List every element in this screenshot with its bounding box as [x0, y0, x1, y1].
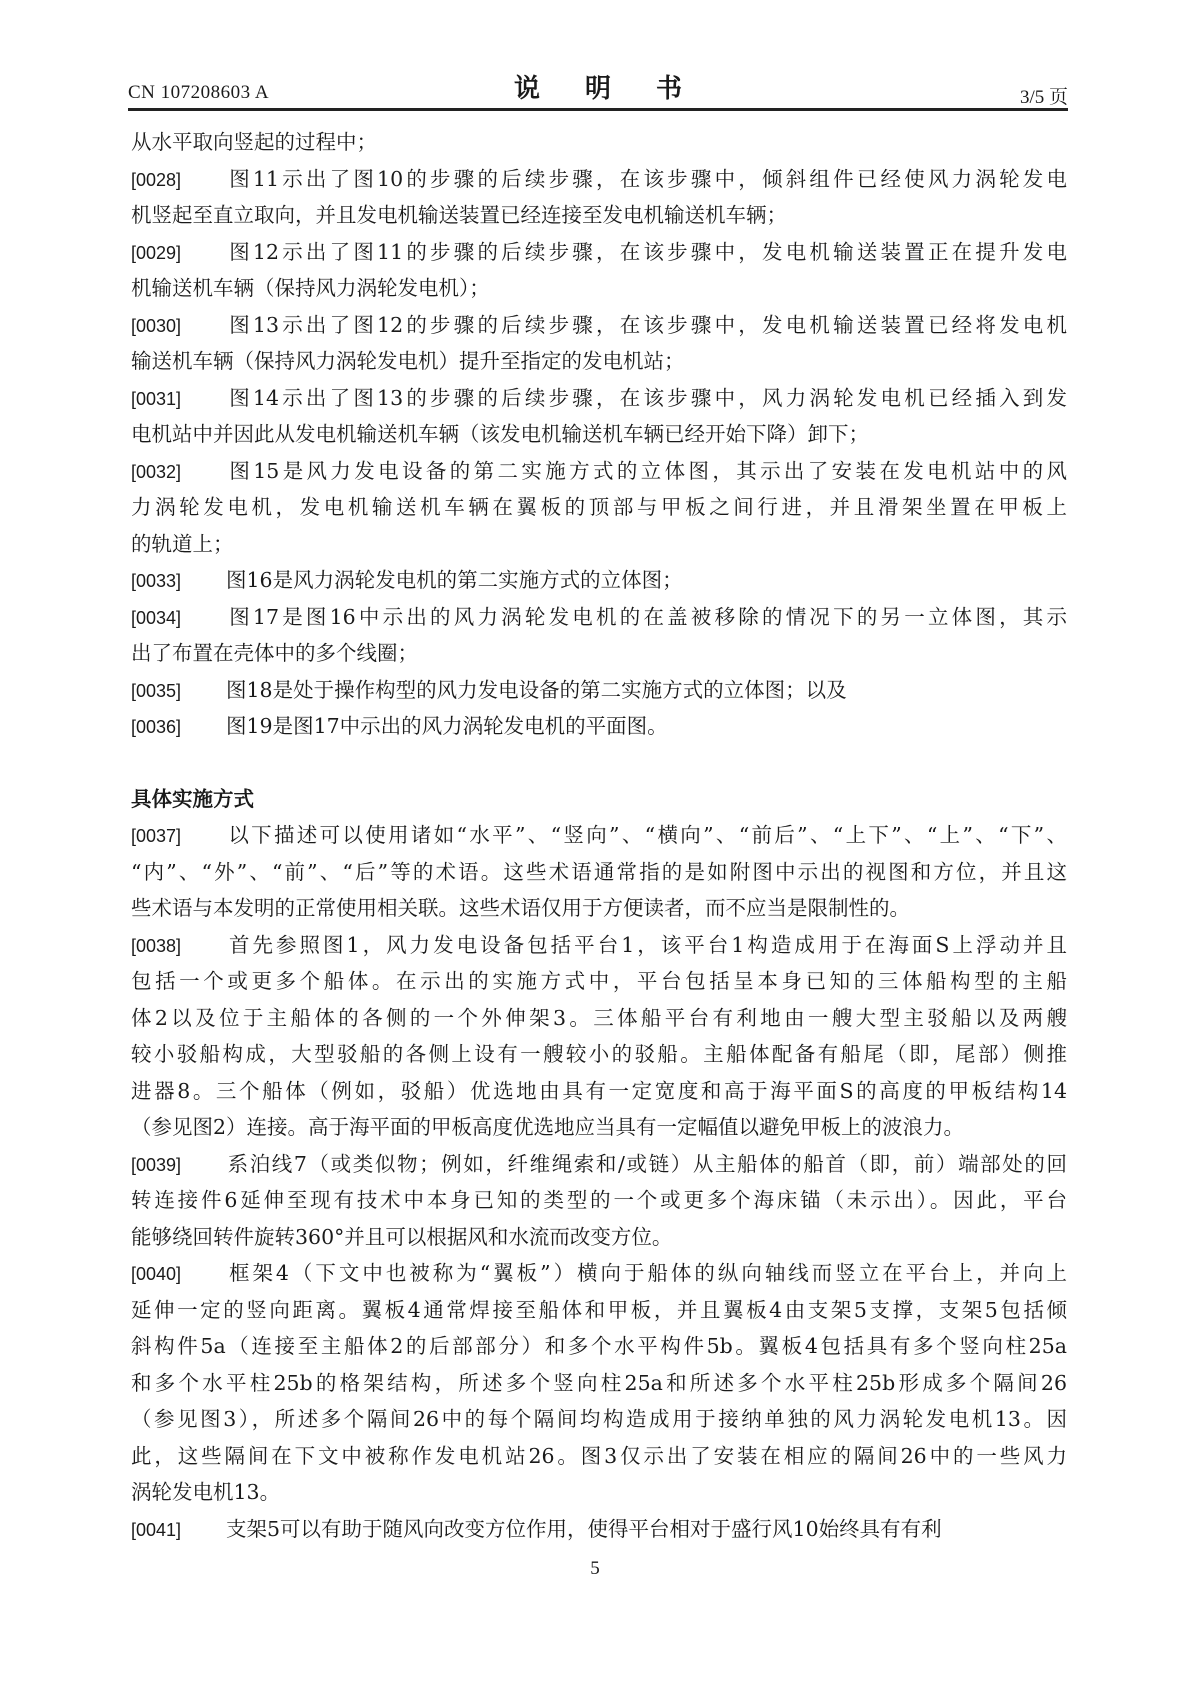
paragraph: [0029]图12示出了图11的步骤的后续步骤，在该步骤中，发电机输送装置正在提… — [131, 234, 1067, 307]
paragraph-text: 图17是图16中示出的风力涡轮发电机的在盖被移除的情况下的另一立体图，其示 — [226, 605, 1067, 629]
paragraph-text: （参见图3），所述多个隔间26中的每个隔间均构造成用于接纳单独的风力涡轮发电机1… — [131, 1407, 1067, 1431]
paragraph-line: 出了布置在壳体中的多个线圈； — [131, 635, 1067, 672]
paragraph-line: 斜构件5a（连接至主船体2的后部部分）和多个水平构件5b。翼板4包括具有多个竖向… — [131, 1328, 1067, 1365]
paragraph-line: 输送机车辆（保持风力涡轮发电机）提升至指定的发电机站； — [131, 343, 1067, 380]
paragraph-line: [0034]图17是图16中示出的风力涡轮发电机的在盖被移除的情况下的另一立体图… — [131, 599, 1067, 636]
paragraph-number: [0039] — [131, 1147, 226, 1184]
header-rule — [128, 108, 1068, 111]
paragraph-text: 图12示出了图11的步骤的后续步骤，在该步骤中，发电机输送装置正在提升发电 — [226, 240, 1067, 264]
paragraph: [0037]以下描述可以使用诸如“水平”、“竖向”、“横向”、“前后”、“上下”… — [131, 817, 1067, 927]
paragraph-text: “内”、“外”、“前”、“后”等的术语。这些术语通常指的是如附图中示出的视图和方… — [131, 860, 1067, 884]
document-body: 从水平取向竖起的过程中； [0028]图11示出了图10的步骤的后续步骤，在该步… — [131, 124, 1067, 1547]
paragraph-line: 涡轮发电机13。 — [131, 1474, 1067, 1511]
paragraph-line: （参见图2）连接。高于海平面的甲板高度优选地应当具有一定幅值以避免甲板上的波浪力… — [131, 1109, 1067, 1146]
paragraph-text: 首先参照图1，风力发电设备包括平台1，该平台1构造成用于在海面S上浮动并且 — [226, 933, 1067, 957]
paragraph-text: 图13示出了图12的步骤的后续步骤，在该步骤中，发电机输送装置已经将发电机 — [226, 313, 1067, 337]
paragraph-text: 和多个水平柱25b的格架结构，所述多个竖向柱25a和所述多个水平柱25b形成多个… — [131, 1371, 1067, 1395]
paragraph-number: [0038] — [131, 928, 226, 965]
paragraph-text: 的轨道上； — [131, 532, 234, 556]
paragraph-text: 进器8。三个船体（例如，驳船）优选地由具有一定宽度和高于海平面S的高度的甲板结构… — [131, 1079, 1067, 1103]
paragraph-text: 力涡轮发电机，发电机输送机车辆在翼板的顶部与甲板之间行进，并且滑架坐置在甲板上 — [131, 495, 1067, 519]
paragraph-text: 输送机车辆（保持风力涡轮发电机）提升至指定的发电机站； — [131, 349, 685, 373]
paragraph: [0031]图14示出了图13的步骤的后续步骤，在该步骤中，风力涡轮发电机已经插… — [131, 380, 1067, 453]
paragraph-line: [0030]图13示出了图12的步骤的后续步骤，在该步骤中，发电机输送装置已经将… — [131, 307, 1067, 344]
paragraph-number: [0031] — [131, 381, 226, 418]
paragraph-line: [0035]图18是处于操作构型的风力发电设备的第二实施方式的立体图；以及 — [131, 672, 1067, 709]
document-title: 说 明 书 — [128, 68, 1068, 105]
paragraph-text: 些术语与本发明的正常使用相关联。这些术语仅用于方便读者，而不应当是限制性的。 — [131, 896, 910, 920]
paragraph-text: 支架5可以有助于随风向改变方位作用，使得平台相对于盛行风10始终具有有利 — [226, 1517, 942, 1541]
paragraph-line: 延伸一定的竖向距离。翼板4通常焊接至船体和甲板，并且翼板4由支架5支撑，支架5包… — [131, 1292, 1067, 1329]
paragraph: [0032]图15是风力发电设备的第二实施方式的立体图，其示出了安装在发电机站中… — [131, 453, 1067, 563]
section-heading: 具体实施方式 — [131, 781, 1067, 818]
paragraph-line: [0029]图12示出了图11的步骤的后续步骤，在该步骤中，发电机输送装置正在提… — [131, 234, 1067, 271]
paragraph-line: 体2以及位于主船体的各侧的一个外伸架3。三体船平台有利地由一艘大型主驳船以及两艘 — [131, 1000, 1067, 1037]
paragraph: [0035]图18是处于操作构型的风力发电设备的第二实施方式的立体图；以及 — [131, 672, 1067, 709]
paragraph-line: 机竖起至直立取向，并且发电机输送装置已经连接至发电机输送机车辆； — [131, 197, 1067, 234]
paragraph-line: [0041]支架5可以有助于随风向改变方位作用，使得平台相对于盛行风10始终具有… — [131, 1511, 1067, 1548]
paragraph-number: [0040] — [131, 1256, 226, 1293]
paragraph-text: 体2以及位于主船体的各侧的一个外伸架3。三体船平台有利地由一艘大型主驳船以及两艘 — [131, 1006, 1067, 1030]
paragraph-text: 机输送机车辆（保持风力涡轮发电机）； — [131, 276, 490, 300]
paragraph-line: 进器8。三个船体（例如，驳船）优选地由具有一定宽度和高于海平面S的高度的甲板结构… — [131, 1073, 1067, 1110]
paragraph-number: [0028] — [131, 162, 226, 199]
paragraph-text: 图18是处于操作构型的风力发电设备的第二实施方式的立体图；以及 — [226, 678, 847, 702]
paragraph: [0039]系泊线7（或类似物；例如，纤维绳索和/或链）从主船体的船首（即，前）… — [131, 1146, 1067, 1256]
paragraph-line: 的轨道上； — [131, 526, 1067, 563]
paragraph-number: [0034] — [131, 600, 226, 637]
paragraphs-after-heading: [0037]以下描述可以使用诸如“水平”、“竖向”、“横向”、“前后”、“上下”… — [131, 817, 1067, 1547]
paragraph-number: [0032] — [131, 454, 226, 491]
paragraphs-before-heading: 从水平取向竖起的过程中； [0028]图11示出了图10的步骤的后续步骤，在该步… — [131, 124, 1067, 745]
paragraph-line: [0031]图14示出了图13的步骤的后续步骤，在该步骤中，风力涡轮发电机已经插… — [131, 380, 1067, 417]
paragraph-text: 包括一个或更多个船体。在示出的实施方式中，平台包括呈本身已知的三体船构型的主船 — [131, 969, 1067, 993]
paragraph-line: [0038]首先参照图1，风力发电设备包括平台1，该平台1构造成用于在海面S上浮… — [131, 927, 1067, 964]
paragraph-number: [0036] — [131, 709, 226, 746]
paragraph-line: [0040]框架4（下文中也被称为“翼板”）横向于船体的纵向轴线而竖立在平台上，… — [131, 1255, 1067, 1292]
paragraph-text: 此，这些隔间在下文中被称作发电机站26。图3仅示出了安装在相应的隔间26中的一些… — [131, 1444, 1067, 1468]
paragraph-text: 图15是风力发电设备的第二实施方式的立体图，其示出了安装在发电机站中的风 — [226, 459, 1067, 483]
paragraph-text: 斜构件5a（连接至主船体2的后部部分）和多个水平构件5b。翼板4包括具有多个竖向… — [131, 1334, 1067, 1358]
paragraph-line: 能够绕回转件旋转360°并且可以根据风和水流而改变方位。 — [131, 1219, 1067, 1256]
paragraph: [0041]支架5可以有助于随风向改变方位作用，使得平台相对于盛行风10始终具有… — [131, 1511, 1067, 1548]
paragraph: [0028]图11示出了图10的步骤的后续步骤，在该步骤中，倾斜组件已经使风力涡… — [131, 161, 1067, 234]
paragraph-line: [0028]图11示出了图10的步骤的后续步骤，在该步骤中，倾斜组件已经使风力涡… — [131, 161, 1067, 198]
paragraph-line: [0039]系泊线7（或类似物；例如，纤维绳索和/或链）从主船体的船首（即，前）… — [131, 1146, 1067, 1183]
paragraph-text: 图19是图17中示出的风力涡轮发电机的平面图。 — [226, 714, 668, 738]
paragraph-line: [0037]以下描述可以使用诸如“水平”、“竖向”、“横向”、“前后”、“上下”… — [131, 817, 1067, 854]
paragraph-line: 机输送机车辆（保持风力涡轮发电机）； — [131, 270, 1067, 307]
paragraph-line: “内”、“外”、“前”、“后”等的术语。这些术语通常指的是如附图中示出的视图和方… — [131, 854, 1067, 891]
paragraph-line: [0033]图16是风力涡轮发电机的第二实施方式的立体图； — [131, 562, 1067, 599]
paragraph: [0033]图16是风力涡轮发电机的第二实施方式的立体图； — [131, 562, 1067, 599]
continuation-line: 从水平取向竖起的过程中； — [131, 124, 1067, 161]
paragraph-line: 些术语与本发明的正常使用相关联。这些术语仅用于方便读者，而不应当是限制性的。 — [131, 890, 1067, 927]
paragraph-text: 电机站中并因此从发电机输送机车辆（该发电机输送机车辆已经开始下降）卸下； — [131, 422, 869, 446]
paragraph-text: 图14示出了图13的步骤的后续步骤，在该步骤中，风力涡轮发电机已经插入到发 — [226, 386, 1067, 410]
paragraph-text: 框架4（下文中也被称为“翼板”）横向于船体的纵向轴线而竖立在平台上，并向上 — [226, 1261, 1067, 1285]
paragraph-text: 以下描述可以使用诸如“水平”、“竖向”、“横向”、“前后”、“上下”、“上”、“… — [226, 823, 1067, 847]
paragraph: [0040]框架4（下文中也被称为“翼板”）横向于船体的纵向轴线而竖立在平台上，… — [131, 1255, 1067, 1511]
paragraph-text: 转连接件6延伸至现有技术中本身已知的类型的一个或更多个海床锚（未示出）。因此，平… — [131, 1188, 1067, 1212]
paragraph: [0036]图19是图17中示出的风力涡轮发电机的平面图。 — [131, 708, 1067, 745]
paragraph-line: [0036]图19是图17中示出的风力涡轮发电机的平面图。 — [131, 708, 1067, 745]
paragraph: [0030]图13示出了图12的步骤的后续步骤，在该步骤中，发电机输送装置已经将… — [131, 307, 1067, 380]
paragraph-text: 图11示出了图10的步骤的后续步骤，在该步骤中，倾斜组件已经使风力涡轮发电 — [226, 167, 1067, 191]
paragraph: [0038]首先参照图1，风力发电设备包括平台1，该平台1构造成用于在海面S上浮… — [131, 927, 1067, 1146]
paragraph: [0034]图17是图16中示出的风力涡轮发电机的在盖被移除的情况下的另一立体图… — [131, 599, 1067, 672]
paragraph-text: （参见图2）连接。高于海平面的甲板高度优选地应当具有一定幅值以避免甲板上的波浪力… — [131, 1115, 964, 1139]
paragraph-line: （参见图3），所述多个隔间26中的每个隔间均构造成用于接纳单独的风力涡轮发电机1… — [131, 1401, 1067, 1438]
paragraph-text: 出了布置在壳体中的多个线圈； — [131, 641, 418, 665]
page-indicator: 3/5 页 — [1020, 82, 1068, 109]
paragraph-line: 此，这些隔间在下文中被称作发电机站26。图3仅示出了安装在相应的隔间26中的一些… — [131, 1438, 1067, 1475]
paragraph-line: [0032]图15是风力发电设备的第二实施方式的立体图，其示出了安装在发电机站中… — [131, 453, 1067, 490]
paragraph-number: [0029] — [131, 235, 226, 272]
paragraph-number: [0037] — [131, 818, 226, 855]
paragraph-line: 包括一个或更多个船体。在示出的实施方式中，平台包括呈本身已知的三体船构型的主船 — [131, 963, 1067, 1000]
paragraph-text: 涡轮发电机13。 — [131, 1480, 280, 1504]
paragraph-line: 力涡轮发电机，发电机输送机车辆在翼板的顶部与甲板之间行进，并且滑架坐置在甲板上 — [131, 489, 1067, 526]
paragraph-number: [0030] — [131, 308, 226, 345]
paragraph-text: 机竖起至直立取向，并且发电机输送装置已经连接至发电机输送机车辆； — [131, 203, 787, 227]
paragraph-text: 能够绕回转件旋转360°并且可以根据风和水流而改变方位。 — [131, 1225, 672, 1249]
paragraph-number: [0035] — [131, 673, 226, 710]
paragraph-text: 系泊线7（或类似物；例如，纤维绳索和/或链）从主船体的船首（即，前）端部处的回 — [226, 1152, 1067, 1176]
paragraph-text: 图16是风力涡轮发电机的第二实施方式的立体图； — [226, 568, 683, 592]
document-header: CN 107208603 A 说 明 书 3/5 页 — [128, 62, 1068, 110]
page-number: 5 — [0, 1558, 1190, 1580]
paragraph-line: 和多个水平柱25b的格架结构，所述多个竖向柱25a和所述多个水平柱25b形成多个… — [131, 1365, 1067, 1402]
paragraph-line: 转连接件6延伸至现有技术中本身已知的类型的一个或更多个海床锚（未示出）。因此，平… — [131, 1182, 1067, 1219]
paragraph-number: [0033] — [131, 563, 226, 600]
paragraph-text: 较小驳船构成，大型驳船的各侧上设有一艘较小的驳船。主船体配备有船尾（即，尾部）侧… — [131, 1042, 1067, 1066]
paragraph-text: 延伸一定的竖向距离。翼板4通常焊接至船体和甲板，并且翼板4由支架5支撑，支架5包… — [131, 1298, 1067, 1322]
paragraph-line: 较小驳船构成，大型驳船的各侧上设有一艘较小的驳船。主船体配备有船尾（即，尾部）侧… — [131, 1036, 1067, 1073]
paragraph-line: 电机站中并因此从发电机输送机车辆（该发电机输送机车辆已经开始下降）卸下； — [131, 416, 1067, 453]
paragraph-number: [0041] — [131, 1512, 226, 1549]
